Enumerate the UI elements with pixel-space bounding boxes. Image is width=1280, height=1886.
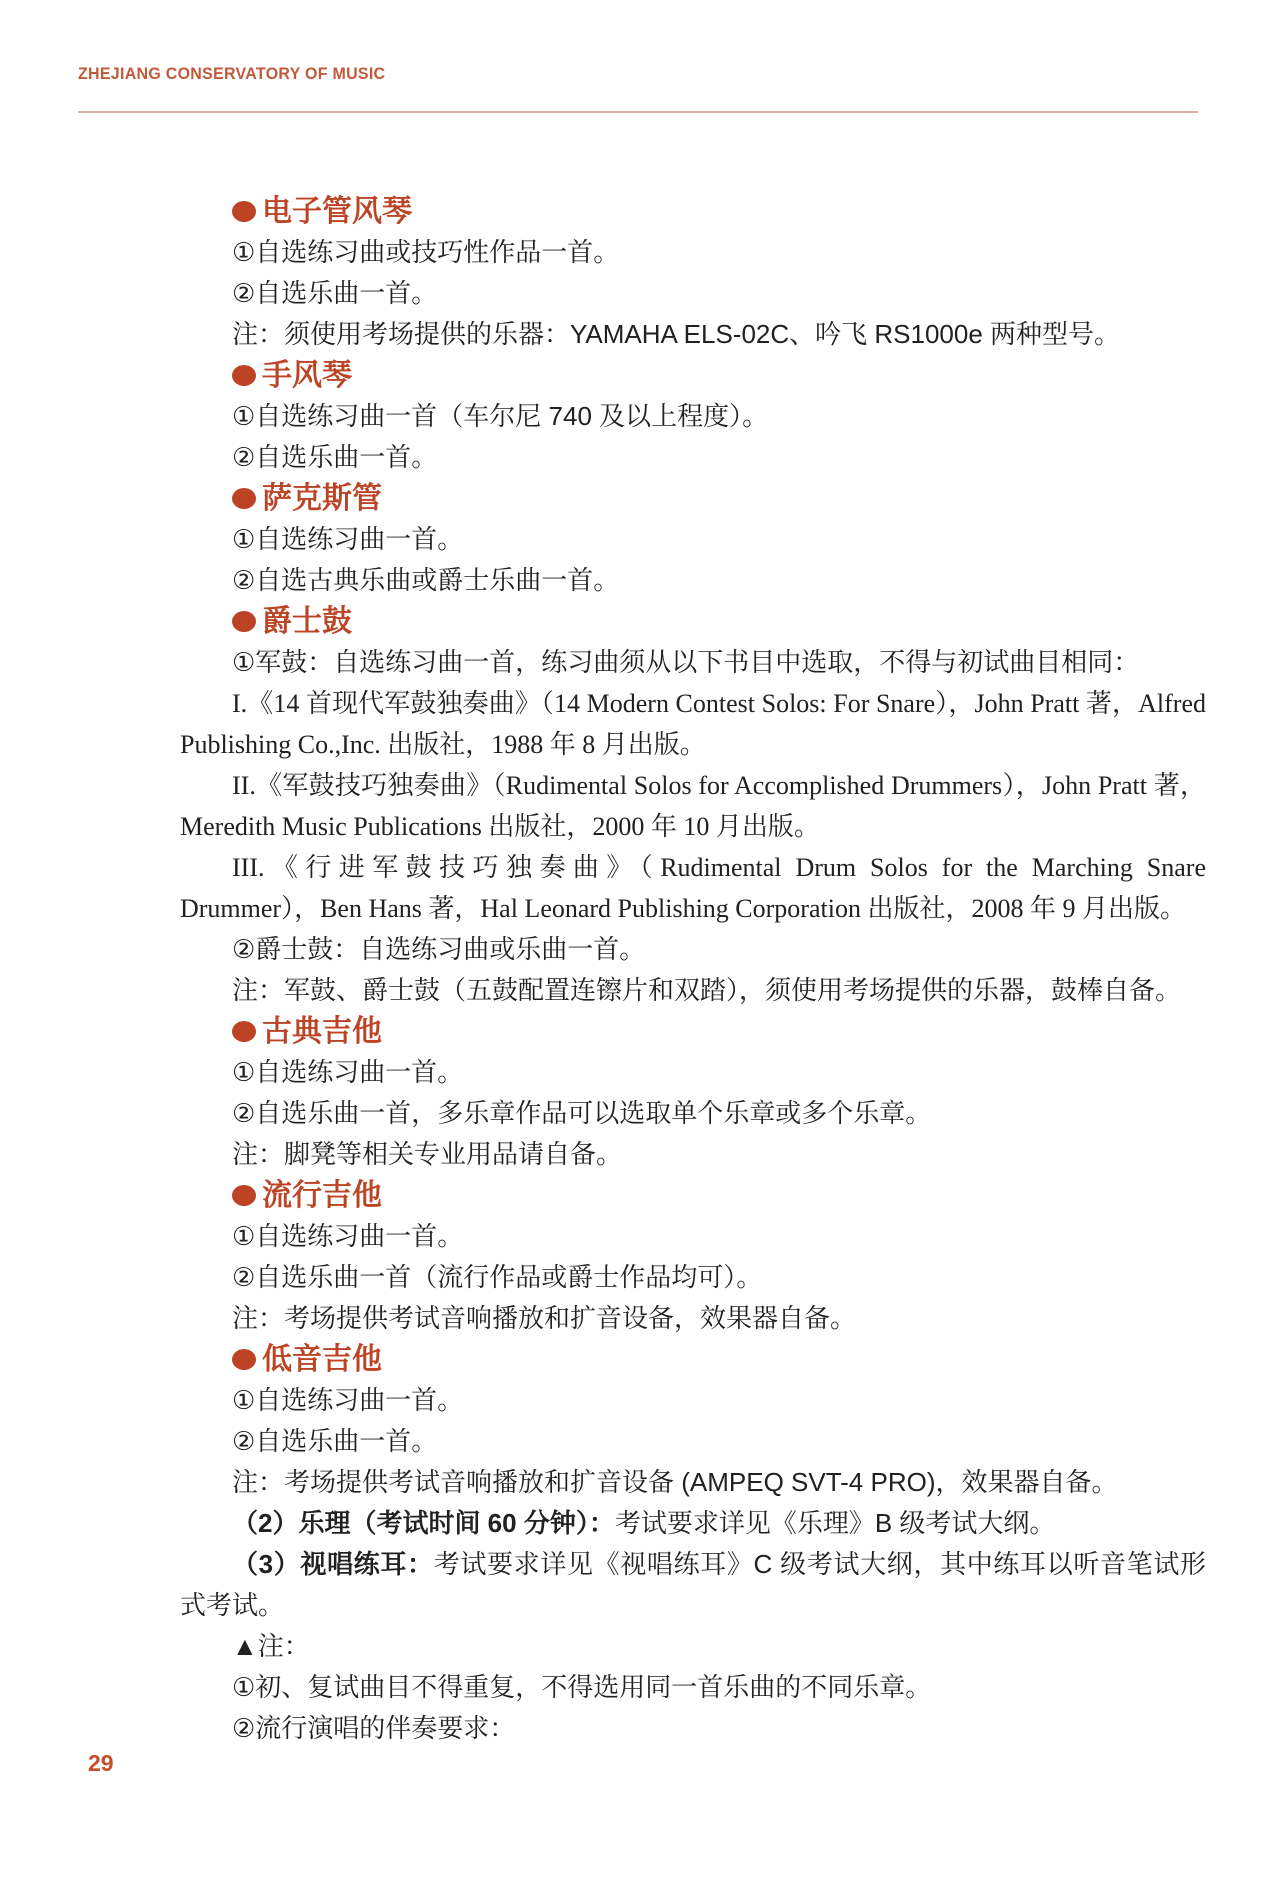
heading-label: 爵士鼓 bbox=[262, 605, 352, 638]
page-header-title: ZHEJIANG CONSERVATORY OF MUSIC bbox=[78, 64, 385, 84]
bullet-icon bbox=[232, 488, 256, 509]
requirement-item: ①军鼓：自选练习曲一首，练习曲须从以下书目中选取，不得与初试曲目相同： bbox=[180, 642, 1206, 683]
final-note-item: ②流行演唱的伴奏要求： bbox=[180, 1708, 1206, 1749]
heading-label: 低音吉他 bbox=[262, 1343, 382, 1376]
bullet-icon bbox=[232, 1021, 256, 1042]
heading-jazz-drums: 爵士鼓 bbox=[180, 601, 1206, 642]
page-number: 29 bbox=[88, 1750, 114, 1777]
heading-label: 古典吉他 bbox=[262, 1015, 382, 1048]
requirement-item: ②自选乐曲一首。 bbox=[180, 437, 1206, 478]
heading-label: 手风琴 bbox=[262, 359, 352, 392]
heading-classical-guitar: 古典吉他 bbox=[180, 1011, 1206, 1052]
bullet-icon bbox=[232, 611, 256, 632]
requirement-item: ②自选古典乐曲或爵士乐曲一首。 bbox=[180, 560, 1206, 601]
document-page: ZHEJIANG CONSERVATORY OF MUSIC 电子管风琴 ①自选… bbox=[0, 0, 1280, 1886]
requirement-item: ①自选练习曲一首。 bbox=[180, 1052, 1206, 1093]
requirement-item: ②自选乐曲一首。 bbox=[180, 1421, 1206, 1462]
document-body: 电子管风琴 ①自选练习曲或技巧性作品一首。 ②自选乐曲一首。 注：须使用考场提供… bbox=[180, 191, 1206, 1749]
final-note-item: ①初、复试曲目不得重复，不得选用同一首乐曲的不同乐章。 bbox=[180, 1667, 1206, 1708]
note-line: 注：军鼓、爵士鼓（五鼓配置连镲片和双踏），须使用考场提供的乐器，鼓棒自备。 bbox=[180, 970, 1206, 1011]
bullet-icon bbox=[232, 1349, 256, 1370]
heading-bass-guitar: 低音吉他 bbox=[180, 1339, 1206, 1380]
note-line: 注：脚凳等相关专业用品请自备。 bbox=[180, 1134, 1206, 1175]
note-line: 注：考场提供考试音响播放和扩音设备，效果器自备。 bbox=[180, 1298, 1206, 1339]
exam-subject-music-theory: （2）乐理（考试时间 60 分钟）：考试要求详见《乐理》B 级考试大纲。 bbox=[180, 1503, 1206, 1544]
requirement-item: ①自选练习曲一首（车尔尼 740 及以上程度）。 bbox=[180, 396, 1206, 437]
requirement-item: ①自选练习曲一首。 bbox=[180, 1380, 1206, 1421]
requirement-item: ②自选乐曲一首，多乐章作品可以选取单个乐章或多个乐章。 bbox=[180, 1093, 1206, 1134]
bullet-icon bbox=[232, 201, 256, 222]
heading-label: 电子管风琴 bbox=[262, 195, 412, 228]
heading-electronic-organ: 电子管风琴 bbox=[180, 191, 1206, 232]
book-reference: III.《行进军鼓技巧独奏曲》（Rudimental Drum Solos fo… bbox=[180, 847, 1206, 929]
subject-lead: （3）视唱练耳： bbox=[232, 1549, 434, 1579]
bullet-icon bbox=[232, 365, 256, 386]
heading-accordion: 手风琴 bbox=[180, 355, 1206, 396]
requirement-item: ①自选练习曲或技巧性作品一首。 bbox=[180, 232, 1206, 273]
heading-pop-guitar: 流行吉他 bbox=[180, 1175, 1206, 1216]
requirement-item: ②自选乐曲一首。 bbox=[180, 273, 1206, 314]
book-reference: II.《军鼓技巧独奏曲》（Rudimental Solos for Accomp… bbox=[180, 765, 1206, 847]
exam-subject-sight-singing: （3）视唱练耳：考试要求详见《视唱练耳》C 级考试大纲，其中练耳以听音笔试形式考… bbox=[180, 1544, 1206, 1626]
heading-label: 流行吉他 bbox=[262, 1179, 382, 1212]
requirement-item: ②自选乐曲一首（流行作品或爵士作品均可）。 bbox=[180, 1257, 1206, 1298]
subject-text: 考试要求详见《乐理》B 级考试大纲。 bbox=[615, 1508, 1056, 1538]
requirement-item: ②爵士鼓：自选练习曲或乐曲一首。 bbox=[180, 929, 1206, 970]
heading-label: 萨克斯管 bbox=[262, 482, 382, 515]
subject-lead: （2）乐理（考试时间 60 分钟）： bbox=[232, 1508, 615, 1538]
book-reference: I.《14 首现代军鼓独奏曲》（14 Modern Contest Solos:… bbox=[180, 683, 1206, 765]
final-note-header: ▲注： bbox=[180, 1626, 1206, 1667]
bullet-icon bbox=[232, 1185, 256, 1206]
note-line: 注：考场提供考试音响播放和扩音设备 (AMPEQ SVT-4 PRO)，效果器自… bbox=[180, 1462, 1206, 1503]
heading-saxophone: 萨克斯管 bbox=[180, 478, 1206, 519]
requirement-item: ①自选练习曲一首。 bbox=[180, 519, 1206, 560]
note-line: 注：须使用考场提供的乐器：YAMAHA ELS-02C、吟飞 RS1000e 两… bbox=[180, 314, 1206, 355]
requirement-item: ①自选练习曲一首。 bbox=[180, 1216, 1206, 1257]
header-rule bbox=[78, 111, 1198, 113]
